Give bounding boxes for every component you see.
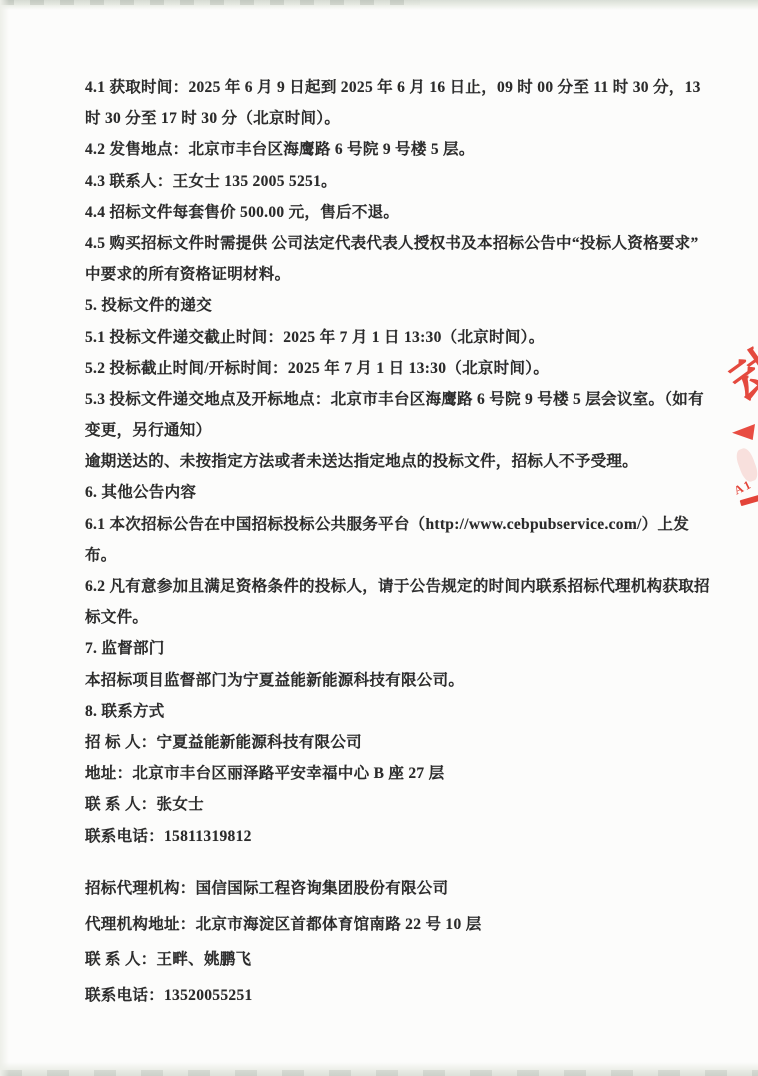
seal-triangle-mark (732, 424, 755, 440)
doc-line: 变更，另行通知） (85, 415, 710, 446)
doc-line: 6.2 凡有意参加且满足资格条件的投标人，请于公告规定的时间内联系招标代理机构获… (85, 571, 710, 602)
scan-artifact-left-edge (0, 0, 9, 1076)
doc-line: 本招标项目监督部门为宁夏益能新能源科技有限公司。 (85, 665, 710, 696)
scan-artifact-top-edge (0, 0, 758, 10)
doc-line: 联系电话：15811319812 (85, 821, 710, 852)
document-text-body: 4.1 获取时间：2025 年 6 月 9 日起到 2025 年 6 月 16 … (85, 72, 710, 852)
seal-character-glyph: 动 (723, 340, 758, 413)
agency-contact-block: 招标代理机构：国信国际工程咨询集团股份有限公司 代理机构地址：北京市海淀区首都体… (85, 871, 710, 1014)
doc-line: 联 系 人：王畔、姚鹏飞 (85, 942, 710, 978)
doc-line: 招 标 人：宁夏益能新能源科技有限公司 (85, 727, 710, 758)
doc-line: 7. 监督部门 (85, 633, 710, 664)
doc-line: 代理机构地址：北京市海淀区首都体育馆南路 22 号 10 层 (85, 907, 710, 943)
doc-line: 时 30 分至 17 时 30 分（北京时间）。 (85, 103, 710, 134)
doc-line: 地址：北京市丰台区丽泽路平安幸福中心 B 座 27 层 (85, 758, 710, 789)
doc-line: 布。 (85, 540, 710, 571)
scan-artifact-bottom-edge (0, 1062, 758, 1076)
doc-line: 4.2 发售地点：北京市丰台区海鹰路 6 号院 9 号楼 5 层。 (85, 134, 710, 165)
doc-line: 中要求的所有资格证明材料。 (85, 259, 710, 290)
doc-line: 5.2 投标截止时间/开标时间：2025 年 7 月 1 日 13:30（北京时… (85, 353, 710, 384)
doc-line: 标文件。 (85, 602, 710, 633)
doc-line: 逾期送达的、未按指定方法或者未送达指定地点的投标文件，招标人不予受理。 (85, 446, 710, 477)
doc-line: 4.3 联系人：王女士 135 2005 5251。 (85, 166, 710, 197)
doc-line: 联系电话：13520055251 (85, 978, 710, 1014)
doc-line: 6.1 本次招标公告在中国招标投标公共服务平台（http://www.cebpu… (85, 509, 710, 540)
doc-line: 4.4 招标文件每套售价 500.00 元，售后不退。 (85, 197, 710, 228)
doc-line: 8. 联系方式 (85, 696, 710, 727)
doc-line: 招标代理机构：国信国际工程咨询集团股份有限公司 (85, 871, 710, 907)
doc-line: 联 系 人：张女士 (85, 789, 710, 820)
doc-line: 4.1 获取时间：2025 年 6 月 9 日起到 2025 年 6 月 16 … (85, 72, 710, 103)
doc-line: 5.1 投标文件递交截止时间：2025 年 7 月 1 日 13:30（北京时间… (85, 322, 710, 353)
doc-line: 4.5 购买招标文件时需提供 公司法定代表代表人授权书及本招标公告中“投标人资格… (85, 228, 710, 259)
doc-line: 6. 其他公告内容 (85, 477, 710, 508)
scanned-document-page: 4.1 获取时间：2025 年 6 月 9 日起到 2025 年 6 月 16 … (0, 0, 758, 1076)
doc-line: 5. 投标文件的递交 (85, 290, 710, 321)
doc-line: 5.3 投标文件递交地点及开标地点：北京市丰台区海鹰路 6 号院 9 号楼 5 … (85, 384, 710, 415)
